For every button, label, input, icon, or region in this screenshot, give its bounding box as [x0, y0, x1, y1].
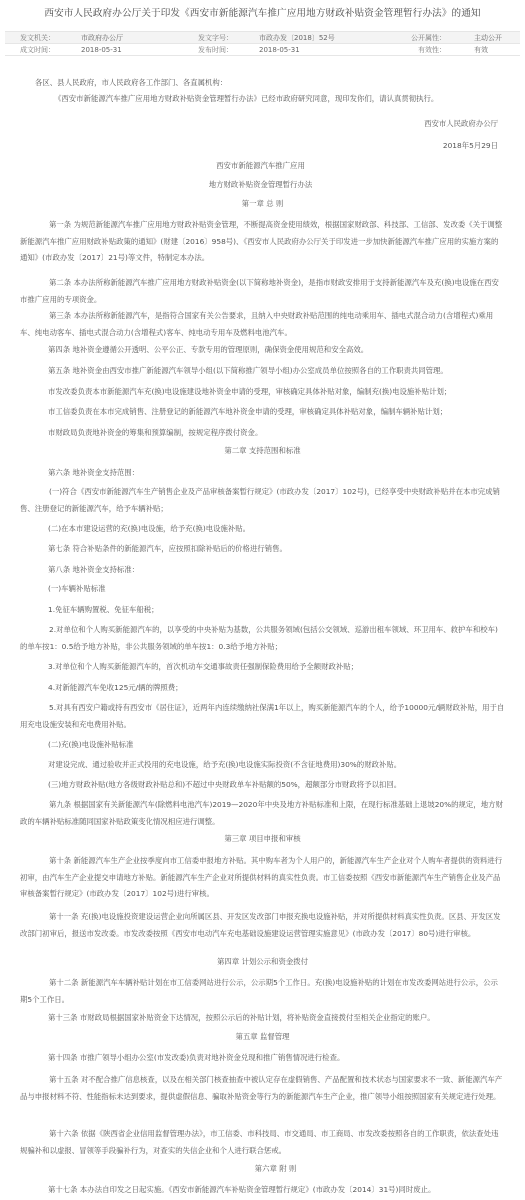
article-5-item-3: 市财政局负责地补资金的筹集和预算编制，按规定程序拨付资金。	[48, 425, 508, 442]
page-title: 西安市人民政府办公厅关于印发《西安市新能源汽车推广应用地方财政补贴资金管理暂行办…	[0, 5, 525, 19]
article-6-item-2: (二)在本市建设运营的充(换)电设施，给予充(换)电设施补贴。	[48, 521, 508, 538]
publish-date-label: 发布时间：	[171, 44, 241, 56]
publish-date-value: 2018-05-31	[241, 44, 389, 56]
article-8-item-6: 对建设完成、通过验收并正式投用的充电设施，给予充(换)电设施实际投资(不含征地费…	[48, 757, 508, 774]
written-date-label: 成文时间：	[5, 44, 63, 56]
notice-body: 《西安市新能源汽车推广应用地方财政补贴资金管理暂行办法》已经市政府研究同意，现印…	[54, 91, 525, 108]
article-8-heading-3: (三)地方财政补贴(地方各级财政补贴总和)不超过中央财政单车补贴额的50%，超额…	[48, 777, 508, 794]
article-8-item-5: 5.对具有西安户籍或持有西安市《居住证》，近两年内连续缴纳社保满1年以上，购买新…	[20, 700, 505, 733]
article-5-item-2: 市工信委负责在本市完成销售、注册登记的新能源汽车地补资金申请的受理，审核确定具体…	[48, 404, 508, 421]
article-13: 第十三条 市财政局根据国家补贴资金下达情况，按照公示后的补贴计划，将补贴资金直接…	[48, 1010, 508, 1027]
signature: 西安市人民政府办公厅	[424, 118, 498, 129]
article-17: 第十七条 本办法自印发之日起实施。《西安市新能源汽车补贴资金管理暂行规定》(市政…	[48, 1182, 508, 1199]
article-15: 第十五条 对不配合推广信息核查，以及在相关部门核查抽查中被认定存在虚假销售、产品…	[20, 1072, 505, 1105]
chapter-heading: 第五章 监督管理	[0, 1031, 525, 1042]
signature-date: 2018年5月29日	[443, 140, 498, 151]
article-8-item-2: 2.对单位和个人购买新能源汽车的，以享受的中央补贴为基数，公共服务领域(包括公交…	[20, 622, 505, 655]
disclosure-label: 公开属性：	[389, 32, 454, 44]
article-5: 第五条 地补资金由西安市推广新能源汽车领导小组(以下简称推广领导小组)办公室成员…	[48, 363, 508, 380]
chapter-heading: 第四章 计划公示和资金拨付	[0, 956, 525, 967]
article-14: 第十四条 市推广领导小组办公室(市发改委)负责对地补资金兑现和推广销售情况进行检…	[48, 1050, 508, 1067]
chapter-heading: 第三章 项目申报和审核	[0, 833, 525, 844]
article-11: 第十一条 充(换)电设施投资建设运营企业向所属区县、开发区发改部门申报充换电设施…	[20, 909, 505, 942]
article-16: 第十六条 依据《陕西省企业信用监督管理办法》，市工信委、市科技局、市交通局、市工…	[20, 1126, 505, 1159]
issuing-authority-label: 发文机关：	[5, 32, 63, 44]
written-date-value: 2018-05-31	[63, 44, 171, 56]
article-10: 第十条 新能源汽车生产企业按季度向市工信委申报地方补贴。其中购车者为个人用户的，…	[20, 853, 505, 903]
meta-row: 成文时间： 2018-05-31 发布时间： 2018-05-31 有效性： 有…	[5, 44, 520, 56]
disclosure-value: 主动公开	[454, 32, 520, 44]
issuing-authority-value: 市政府办公厅	[63, 32, 171, 44]
article-8-heading-2: (二)充(换)电设施补贴标准	[48, 737, 508, 754]
validity-label: 有效性：	[389, 44, 454, 56]
article-8: 第八条 地补资金支持标准：	[48, 562, 508, 579]
article-1: 第一条 为规范新能源汽车推广应用地方财政补贴资金管理，不断提高资金使用绩效，根据…	[20, 217, 505, 267]
article-9: 第九条 根据国家有关新能源汽车(除燃料电池汽车)2019—2020年中央及地方补…	[20, 797, 505, 830]
article-3: 第三条 本办法所称新能源汽车，是指符合国家有关公告要求，且纳入中央财政补贴范围的…	[20, 308, 505, 341]
chapter-heading: 第六章 附 则	[13, 1163, 525, 1174]
document-number-label: 发文字号：	[171, 32, 241, 44]
article-8-item-3: 3.对单位和个人购买新能源汽车的，首次机动车交通事故责任强制保险费用给予全额财政…	[48, 659, 508, 676]
article-12: 第十二条 新能源汽车车辆补贴计划在市工信委网站进行公示，公示期5个工作日。充(换…	[20, 975, 505, 1008]
article-6-item-1: (一)符合《西安市新能源汽车生产销售企业及产品审核备案暂行规定》(市政办发〔20…	[20, 484, 505, 517]
article-5-item-1: 市发改委负责本市新能源汽车充(换)电设施建设地补资金申请的受理，审核确定具体补贴…	[48, 384, 508, 401]
article-8-heading-1: (一)车辆补贴标准	[48, 581, 508, 598]
salutation: 各区、县人民政府，市人民政府各工作部门、各直属机构：	[35, 75, 520, 92]
article-6: 第六条 地补资金支持范围：	[48, 465, 508, 482]
document-meta-table: 发文机关： 市政府办公厅 发文字号： 市政办发〔2018〕52号 公开属性： 主…	[5, 31, 520, 56]
article-4: 第四条 地补资金遵循公开透明、公平公正、专款专用的管理原则，确保资金使用规范和安…	[48, 342, 508, 359]
validity-value: 有效	[454, 44, 520, 56]
chapter-heading: 第一章 总 则	[0, 198, 525, 209]
meta-row: 发文机关： 市政府办公厅 发文字号： 市政办发〔2018〕52号 公开属性： 主…	[5, 32, 520, 44]
measures-title-line2: 地方财政补贴资金管理暂行办法	[0, 179, 523, 190]
article-7: 第七条 符合补贴条件的新能源汽车，应按照扣除补贴后的价格进行销售。	[48, 541, 508, 558]
document-number-value: 市政办发〔2018〕52号	[241, 32, 389, 44]
chapter-heading: 第二章 支持范围和标准	[0, 445, 525, 456]
measures-title-line1: 西安市新能源汽车推广应用	[0, 160, 523, 171]
article-2: 第二条 本办法所称新能源汽车推广应用地方财政补贴资金(以下简称地补资金)，是指市…	[20, 275, 505, 308]
article-8-item-1: 1.免征车辆购置税、免征车船税；	[48, 602, 508, 619]
article-8-item-4: 4.对新能源汽车免收125元/辆的牌照费；	[48, 680, 508, 697]
